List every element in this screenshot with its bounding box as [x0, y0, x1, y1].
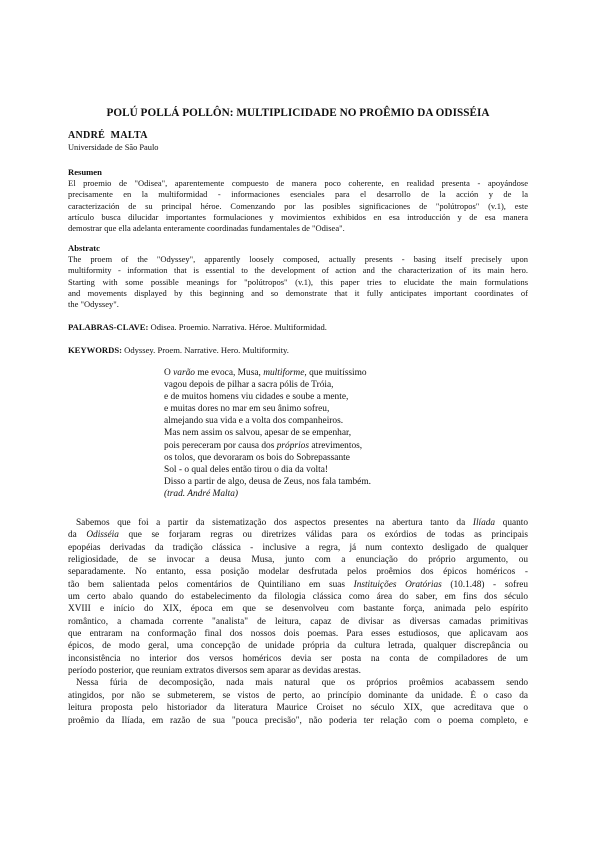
resumen-heading: Resumen	[68, 167, 102, 177]
resumen-line: artículo busca dilucidar importantes for…	[68, 212, 528, 223]
poem-line: e muitas dores no mar em seu ânimo sofre…	[164, 403, 371, 415]
poem-line: Sol - o qual deles então tirou o dia da …	[164, 464, 371, 476]
body-line: da Odisséia que se forjaram regras ou di…	[68, 529, 528, 541]
abstract-line: and movements displayed by this beginnin…	[68, 288, 528, 299]
body-line: XVIII e início do XIX, época em que se d…	[68, 603, 528, 615]
paper-title: POLÚ POLLÁ POLLÔN: MULTIPLICIDADE NO PRO…	[68, 107, 528, 119]
abstract-line: The proem of the "Odyssey", apparently l…	[68, 254, 528, 265]
resumen-line: caracterización de su principal héroe. C…	[68, 201, 528, 212]
body-line: épicos, de modo geral, uma concepção de …	[68, 640, 528, 652]
poem-line: e de muitos homens viu cidades e soube a…	[164, 391, 371, 403]
body-line: que entraram na conformação final dos no…	[68, 628, 528, 640]
resumen-text: El proemio de "Odisea", aparentemente co…	[68, 178, 528, 234]
body-line: um certo abalo quando do estabelecimento…	[68, 591, 528, 603]
resumen-line: demostrar que ella adelanta enteramente …	[68, 223, 528, 234]
body-line: romântico, a chamada corrente "analista"…	[68, 616, 528, 628]
palabras-clave: PALABRAS-CLAVE: Odisea. Proemio. Narrati…	[68, 322, 327, 332]
abstract-text: The proem of the "Odyssey", apparently l…	[68, 254, 528, 310]
body-line: religiosidade, de se invocar a deusa Mus…	[68, 554, 528, 566]
author-name: ANDRÉ MALTA	[68, 130, 148, 141]
poem-epigraph: O varão me evoca, Musa, multiforme, que …	[164, 367, 371, 500]
body-line: período posterior, que reuniam extratos …	[68, 665, 528, 677]
abstract-line: the "Odyssey".	[68, 299, 528, 310]
palabras-clave-label: PALABRAS-CLAVE:	[68, 322, 148, 332]
palabras-clave-value: Odisea. Proemio. Narrativa. Héroe. Multi…	[148, 322, 327, 332]
abstract-line: Starting with some possible meanings for…	[68, 277, 528, 288]
author-affiliation: Universidade de São Paulo	[68, 143, 158, 152]
poem-line: pois pereceram por causa dos próprios at…	[164, 440, 371, 452]
keywords-value: Odyssey. Proem. Narrative. Hero. Multifo…	[122, 345, 289, 355]
poem-line: Disso a partir de algo, deusa de Zeus, n…	[164, 476, 371, 488]
body-text: Sabemos que foi a partir da sistematizaç…	[68, 517, 528, 727]
keywords-label: KEYWORDS:	[68, 345, 122, 355]
body-line: inconsistência no interior dos versos ho…	[68, 653, 528, 665]
poem-line: os tolos, que devoraram os bois do Sobre…	[164, 452, 371, 464]
abstract-heading: Abstratc	[68, 243, 100, 253]
abstract-line: multiformity - information that is essen…	[68, 265, 528, 276]
poem-line: Mas nem assim os salvou, apesar de se em…	[164, 427, 371, 439]
resumen-line: El proemio de "Odisea", aparentemente co…	[68, 178, 528, 189]
body-line: atingidos, por não se submeterem, se vis…	[68, 690, 528, 702]
body-line: Sabemos que foi a partir da sistematizaç…	[68, 517, 528, 529]
body-line: leitura proposta pelo historiador da lit…	[68, 702, 528, 714]
body-line: epopéias derivadas da tradição clássica …	[68, 542, 528, 554]
keywords: KEYWORDS: Odyssey. Proem. Narrative. Her…	[68, 345, 289, 355]
body-line: proêmio da Ilíada, em razão de sua "pouc…	[68, 715, 528, 727]
poem-line: almejando sua vida e a volta dos companh…	[164, 415, 371, 427]
poem-line: vagou depois de pilhar a sacra pólis de …	[164, 379, 371, 391]
poem-credit: (trad. André Malta)	[164, 488, 371, 500]
resumen-line: precisamente en la multiformidad - infor…	[68, 189, 528, 200]
body-line: tão bem salientada pelos comentários de …	[68, 579, 528, 591]
poem-line: O varão me evoca, Musa, multiforme, que …	[164, 367, 371, 379]
body-line: separadamente. No entanto, essa posição …	[68, 566, 528, 578]
body-line: Nessa fúria de decomposição, nada mais n…	[68, 677, 528, 689]
